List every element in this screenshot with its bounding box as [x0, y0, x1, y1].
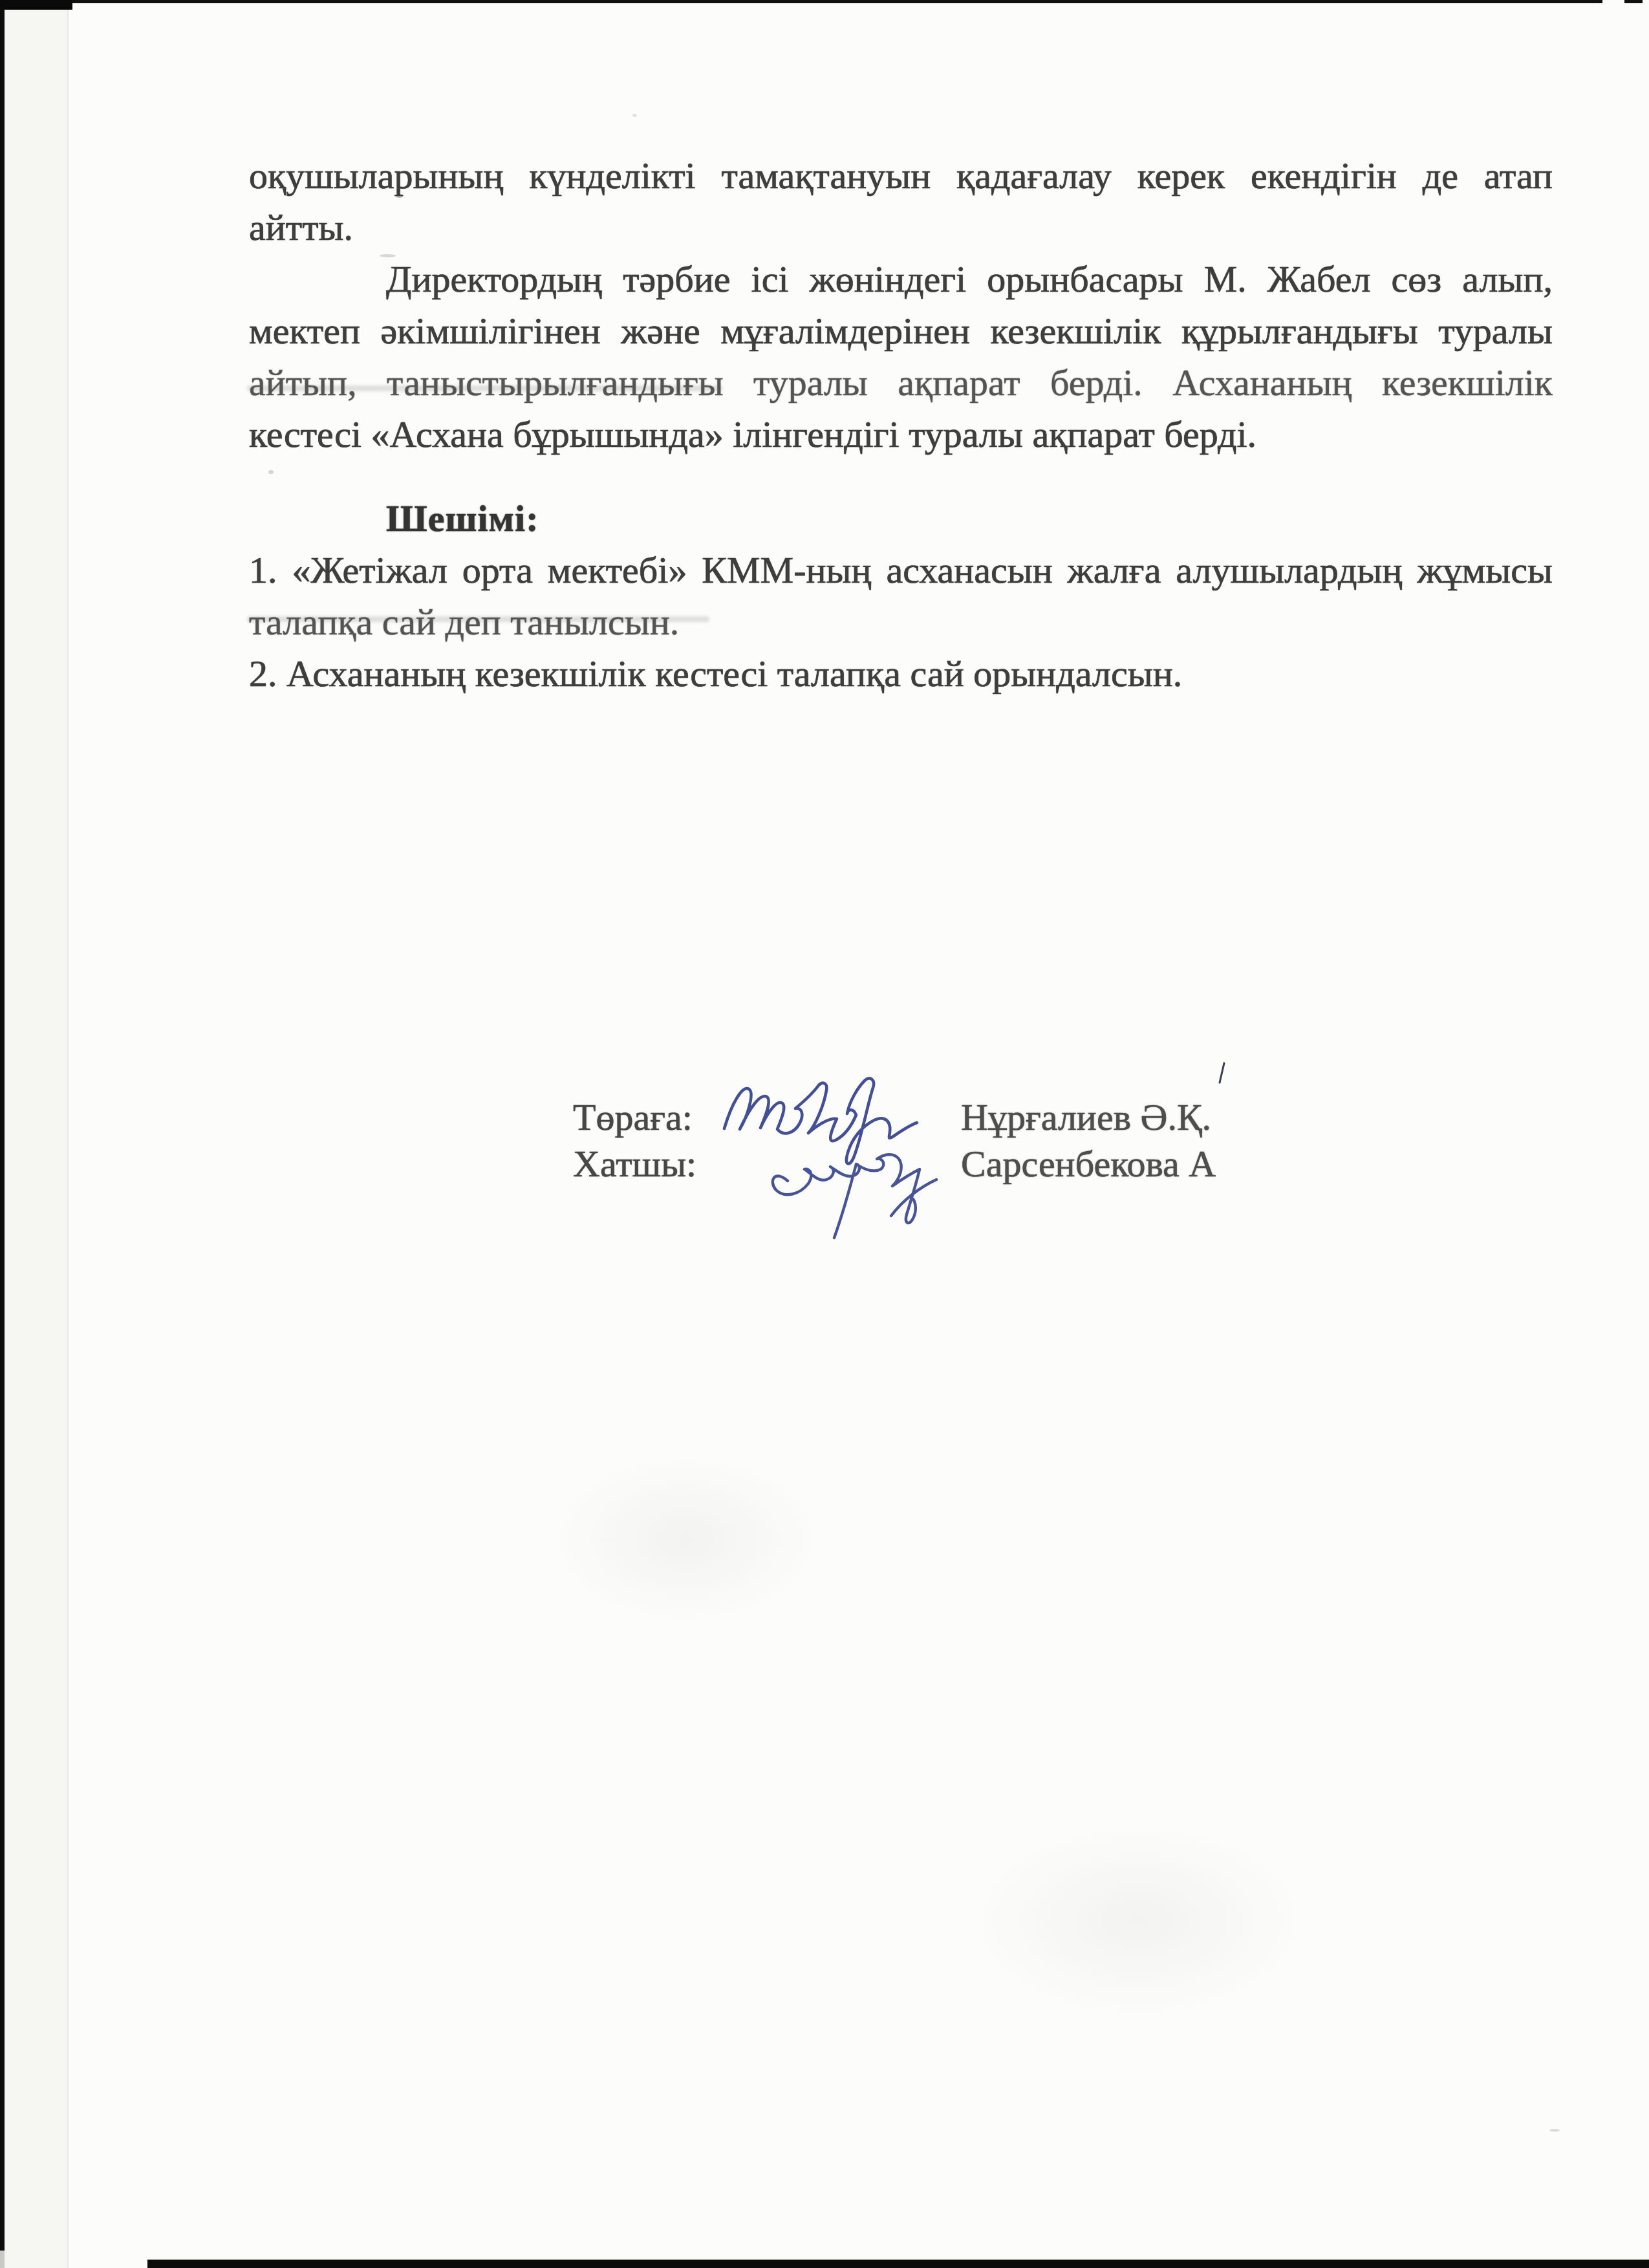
scanned-document-page: оқушыларының күнделікті тамақтануын қада… — [0, 0, 1649, 2268]
text-line: айтты. — [249, 202, 1553, 254]
decision-heading: Шешімі: — [249, 493, 1553, 545]
text-line: оқушыларының күнделікті тамақтануын қада… — [249, 150, 1553, 202]
pen-tick-mark — [1218, 1062, 1225, 1084]
decision-item-line: 2. Асхананың кезекшілік кестесі талапқа … — [249, 648, 1553, 700]
scan-edge-top-segment — [1624, 0, 1643, 3]
scan-edge-top-corner — [0, 0, 72, 10]
scan-speck — [632, 114, 637, 117]
text-line: Директордың тәрбие ісі жөніндегі орынбас… — [249, 254, 1553, 305]
secretary-name: Сарсенбекова А — [961, 1139, 1216, 1189]
text-line: кестесі «Асхана бұрышында» ілінгендігі т… — [249, 409, 1553, 460]
scan-band-left — [5, 0, 67, 2268]
scan-edge-left — [0, 0, 5, 2251]
scan-edge-left-foot — [0, 2251, 5, 2268]
document-text: оқушыларының күнделікті тамақтануын қада… — [249, 150, 1553, 700]
scan-seam-line — [67, 0, 69, 2268]
chair-label: Төраға: — [573, 1093, 693, 1142]
chair-name: Нұрғалиев Ә.Қ. — [961, 1093, 1211, 1142]
scan-smudge — [550, 1455, 821, 1623]
text-line: мектеп әкімшілігінен және мұғалімдерінен… — [249, 305, 1553, 357]
scan-edge-top — [0, 0, 1602, 3]
scan-speck — [1549, 2129, 1560, 2132]
scan-smudge — [970, 1824, 1306, 2018]
handwritten-signatures — [692, 1054, 976, 1248]
decision-item-line: 1. «Жетіжал орта мектебі» КММ-ның асхана… — [249, 545, 1553, 596]
decision-item-line: талапқа сай деп танылсын. — [249, 596, 1553, 648]
scan-edge-bottom — [147, 2260, 1649, 2268]
secretary-label: Хатшы: — [573, 1139, 696, 1189]
secretary-signature — [773, 1154, 936, 1238]
text-line: айтып, таныстырылғандығы туралы ақпарат … — [249, 357, 1553, 409]
chair-signature — [724, 1079, 917, 1164]
